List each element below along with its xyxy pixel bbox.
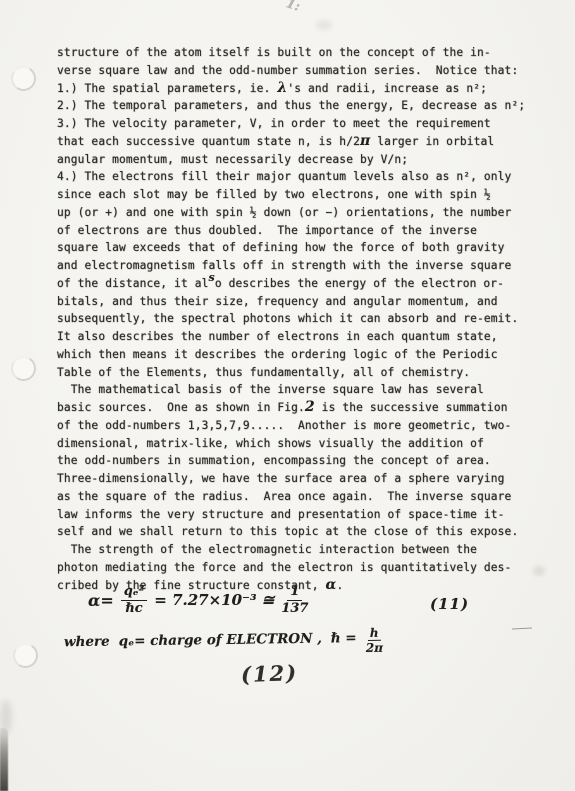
hole-punch-top bbox=[9, 64, 39, 94]
typed-line: of the distance, it also describes the e… bbox=[57, 275, 547, 293]
handwritten-inline: 2 bbox=[305, 402, 315, 412]
scan-smudge bbox=[0, 700, 12, 734]
fraction-1-over-137: 1 137 bbox=[281, 585, 308, 615]
fraction-denominator: ℏc bbox=[125, 601, 142, 615]
typed-line: of the odd-numbers 1,3,5,7,9..... Anothe… bbox=[57, 417, 547, 435]
typed-line: bitals, and thus their size, frequency a… bbox=[57, 293, 547, 311]
typed-line: verse square law and the odd-number summ… bbox=[57, 62, 547, 80]
typed-line: The mathematical basis of the inverse sq… bbox=[57, 381, 547, 399]
typed-line: angular momentum, must necessarily decre… bbox=[57, 151, 547, 169]
typed-line: Three-dimensionally, we have the surface… bbox=[57, 470, 547, 488]
scan-shadow bbox=[0, 728, 8, 791]
typed-line: as the square of the radius. Area once a… bbox=[57, 488, 547, 506]
charge-definition: qₑ= charge of ELECTRON , bbox=[119, 628, 322, 650]
typed-line: dimensional, matrix-like, which shows vi… bbox=[57, 435, 547, 453]
typed-line: basic sources. One as shown in Fig.2 is … bbox=[57, 399, 547, 417]
handwritten-inline: α bbox=[326, 580, 337, 590]
hbar-definition: ℏ = bbox=[331, 627, 357, 646]
handwritten-inline: λ bbox=[277, 83, 287, 93]
fraction-h-over-2pi: h 2π bbox=[366, 627, 384, 654]
typed-line: The strength of the electromagnetic inte… bbox=[57, 541, 547, 559]
fraction-denominator: 2π bbox=[366, 641, 383, 654]
handwritten-inline: s bbox=[208, 273, 214, 283]
typed-line: self and we shall return to this topic a… bbox=[57, 523, 547, 541]
typed-line: law informs the very structure and prese… bbox=[57, 506, 547, 524]
typed-line: of electrons are thus doubled. The impor… bbox=[57, 222, 547, 240]
handwritten-inline: π bbox=[360, 136, 370, 146]
typed-line: square law exceeds that of defining how … bbox=[57, 239, 547, 257]
hole-punch-middle bbox=[9, 354, 39, 384]
faint-page-mark: 1: bbox=[284, 0, 302, 15]
typed-line: subsequently, the spectral photons which… bbox=[57, 310, 547, 328]
equation-number: (11) bbox=[430, 595, 469, 613]
typed-line: and electromagnetism falls off in streng… bbox=[57, 257, 547, 275]
scanned-document-page: 1: structure of the atom itself is built… bbox=[0, 0, 575, 791]
typed-line: 3.) The velocity parameter, V, in order … bbox=[57, 115, 547, 133]
fraction-denominator: 137 bbox=[281, 601, 308, 615]
typed-line: 4.) The electrons fill their major quant… bbox=[57, 168, 547, 186]
typed-line: It also describes the number of electron… bbox=[57, 328, 547, 346]
typed-line: that each successive quantum state n, is… bbox=[57, 133, 547, 151]
typed-text-block: structure of the atom itself is built on… bbox=[57, 44, 547, 594]
typed-line: structure of the atom itself is built on… bbox=[57, 44, 547, 62]
handwritten-page-number: (12) bbox=[241, 660, 299, 687]
pencil-dash-mark bbox=[512, 627, 532, 629]
fraction-numerator: h bbox=[368, 627, 381, 641]
where-label: where bbox=[64, 631, 110, 651]
hole-punch-bottom bbox=[11, 641, 41, 671]
scan-smudge bbox=[533, 566, 545, 576]
typed-line: 1.) The spatial parameters, ie. λ's and … bbox=[57, 80, 547, 98]
typed-line: the odd-numbers in summation, encompassi… bbox=[57, 452, 547, 470]
typed-line: 2.) The temporal parameters, and thus th… bbox=[57, 97, 547, 115]
typed-line: photon mediating the force and the elect… bbox=[57, 559, 547, 577]
typed-line: since each slot may be filled by two ele… bbox=[57, 186, 547, 204]
equation-value: = 7.27×10⁻³ ≅ bbox=[154, 591, 274, 609]
typed-line: which then means it describes the orderi… bbox=[57, 346, 547, 364]
equation-11: α= qₑ² ℏc = 7.27×10⁻³ ≅ 1 137 bbox=[88, 585, 308, 615]
typed-line: Table of the Elements, thus fundamentall… bbox=[57, 364, 547, 382]
fraction-numerator: 1 bbox=[287, 585, 302, 601]
alpha-symbol: α= bbox=[88, 591, 114, 610]
scan-smudge bbox=[316, 20, 332, 30]
typed-line: up (or +) and one with spin ½ down (or −… bbox=[57, 204, 547, 222]
fraction-numerator: qₑ² bbox=[121, 585, 148, 601]
fraction-qe2-over-hbar-c: qₑ² ℏc bbox=[121, 585, 148, 615]
equation-where-clause: where qₑ= charge of ELECTRON , ℏ = h 2π bbox=[64, 627, 383, 658]
